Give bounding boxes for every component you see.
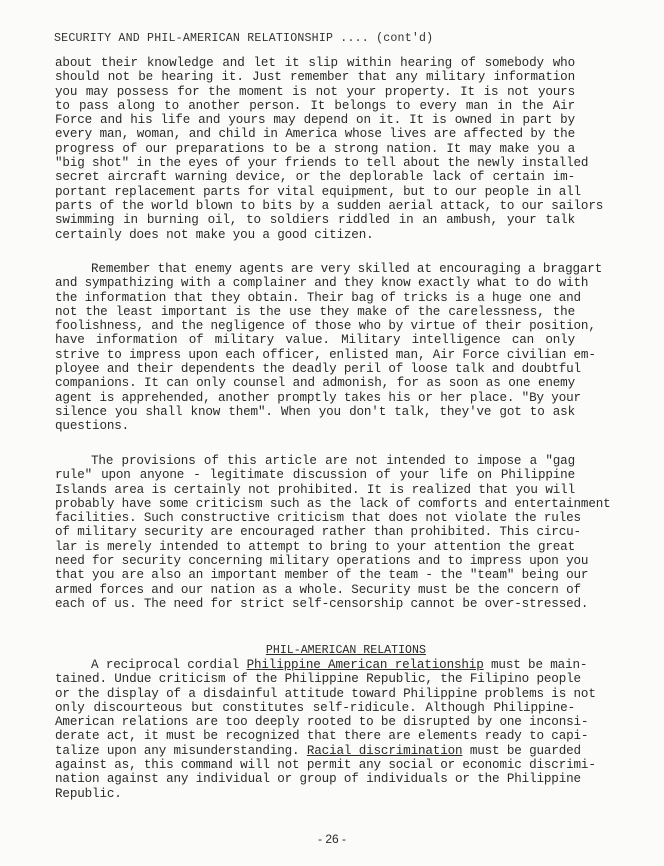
text-line: nation against any individual or group o…	[55, 772, 575, 786]
text-span: talize upon any misunderstanding.	[55, 744, 307, 758]
text-line: against as, this command will not permit…	[55, 758, 575, 772]
text-line: armed forces and our nation as a whole. …	[55, 583, 575, 597]
text-line: about their knowledge and let it slip wi…	[55, 56, 575, 70]
text-line: and sympathizing with a complainer and t…	[55, 276, 575, 290]
text-line: agent is apprehended, another promptly t…	[55, 391, 575, 405]
text-span: A reciprocal cordial	[91, 658, 247, 672]
section-title-text: PHIL-AMERICAN RELATIONS	[266, 644, 426, 657]
text-line: you may possess for the moment is not yo…	[55, 85, 575, 99]
text-line: portant replacement parts for vital equi…	[55, 185, 575, 199]
text-span: must be guarded	[462, 744, 581, 758]
text-line: Remember that enemy agents are very skil…	[55, 262, 575, 276]
text-line: American relations are too deeply rooted…	[55, 715, 575, 729]
text-line: foolishness, and the negligence of those…	[55, 319, 575, 333]
page-header: SECURITY AND PHIL-AMERICAN RELATIONSHIP …	[54, 32, 433, 45]
text-line: lar is merely intended to attempt to bri…	[55, 540, 575, 554]
text-line: certainly does not make you a good citiz…	[55, 228, 575, 242]
text-line: Republic.	[55, 787, 575, 801]
text-line: progress of our preparations to be a str…	[55, 142, 575, 156]
text-line: each of us. The need for strict self-cen…	[55, 597, 575, 611]
text-line: not the least important is the use they …	[55, 305, 575, 319]
text-line: facilities. Such constructive criticism …	[55, 511, 575, 525]
text-line: tained. Undue criticism of the Philippin…	[55, 672, 575, 686]
text-line: The provisions of this article are not i…	[55, 454, 575, 468]
text-line: talize upon any misunderstanding. Racial…	[55, 744, 575, 758]
underlined-phrase: Philippine American relationship	[247, 658, 484, 672]
text-line: secret aircraft warning device, or the d…	[55, 170, 575, 184]
text-line: every man, woman, and child in America w…	[55, 127, 575, 141]
text-line: need for security concerning military op…	[55, 554, 575, 568]
text-line: the information that they obtain. Their …	[55, 291, 575, 305]
paragraph-enemy-agents: Remember that enemy agents are very skil…	[55, 262, 575, 434]
text-line: derate act, it must be recognized that t…	[55, 729, 575, 743]
text-line: to pass along to another person. It belo…	[55, 99, 575, 113]
text-line: strive to impress upon each officer, enl…	[55, 348, 575, 362]
text-line: ployee and their dependents the deadly p…	[55, 362, 575, 376]
underlined-phrase: Racial discrimination	[307, 744, 463, 758]
text-line: swimming in burning oil, to soldiers rid…	[55, 213, 575, 227]
text-line: parts of the world blown to bits by a su…	[55, 199, 575, 213]
text-line: Force and his life and yours may depend …	[55, 113, 575, 127]
text-line: only discourteous but constitutes self-r…	[55, 701, 575, 715]
text-line: silence you shall know them". When you d…	[55, 405, 575, 419]
text-line: Islands area is certainly not prohibited…	[55, 483, 575, 497]
text-line: rule" upon anyone - legitimate discussio…	[55, 468, 575, 482]
page-number: - 26 -	[0, 832, 664, 846]
text-line: A reciprocal cordial Philippine American…	[55, 658, 575, 672]
text-line: "big shot" in the eyes of your friends t…	[55, 156, 575, 170]
text-line: that you are also an important member of…	[55, 568, 575, 582]
text-line: have information of military value. Mili…	[55, 333, 575, 347]
text-line: probably have some criticism such as the…	[55, 497, 575, 511]
text-span: must be main-	[484, 658, 588, 672]
paragraph-gag-rule: The provisions of this article are not i…	[55, 454, 575, 611]
text-line: should not be hearing it. Just remember …	[55, 70, 575, 84]
document-page: SECURITY AND PHIL-AMERICAN RELATIONSHIP …	[0, 0, 664, 866]
paragraph-loose-talk: about their knowledge and let it slip wi…	[55, 56, 575, 242]
paragraph-phil-american-relations: A reciprocal cordial Philippine American…	[55, 658, 575, 801]
text-line: questions.	[55, 419, 575, 433]
text-line: companions. It can only counsel and admo…	[55, 376, 575, 390]
text-line: or the display of a disdainful attitude …	[55, 687, 575, 701]
text-line: of military security are encouraged rath…	[55, 525, 575, 539]
